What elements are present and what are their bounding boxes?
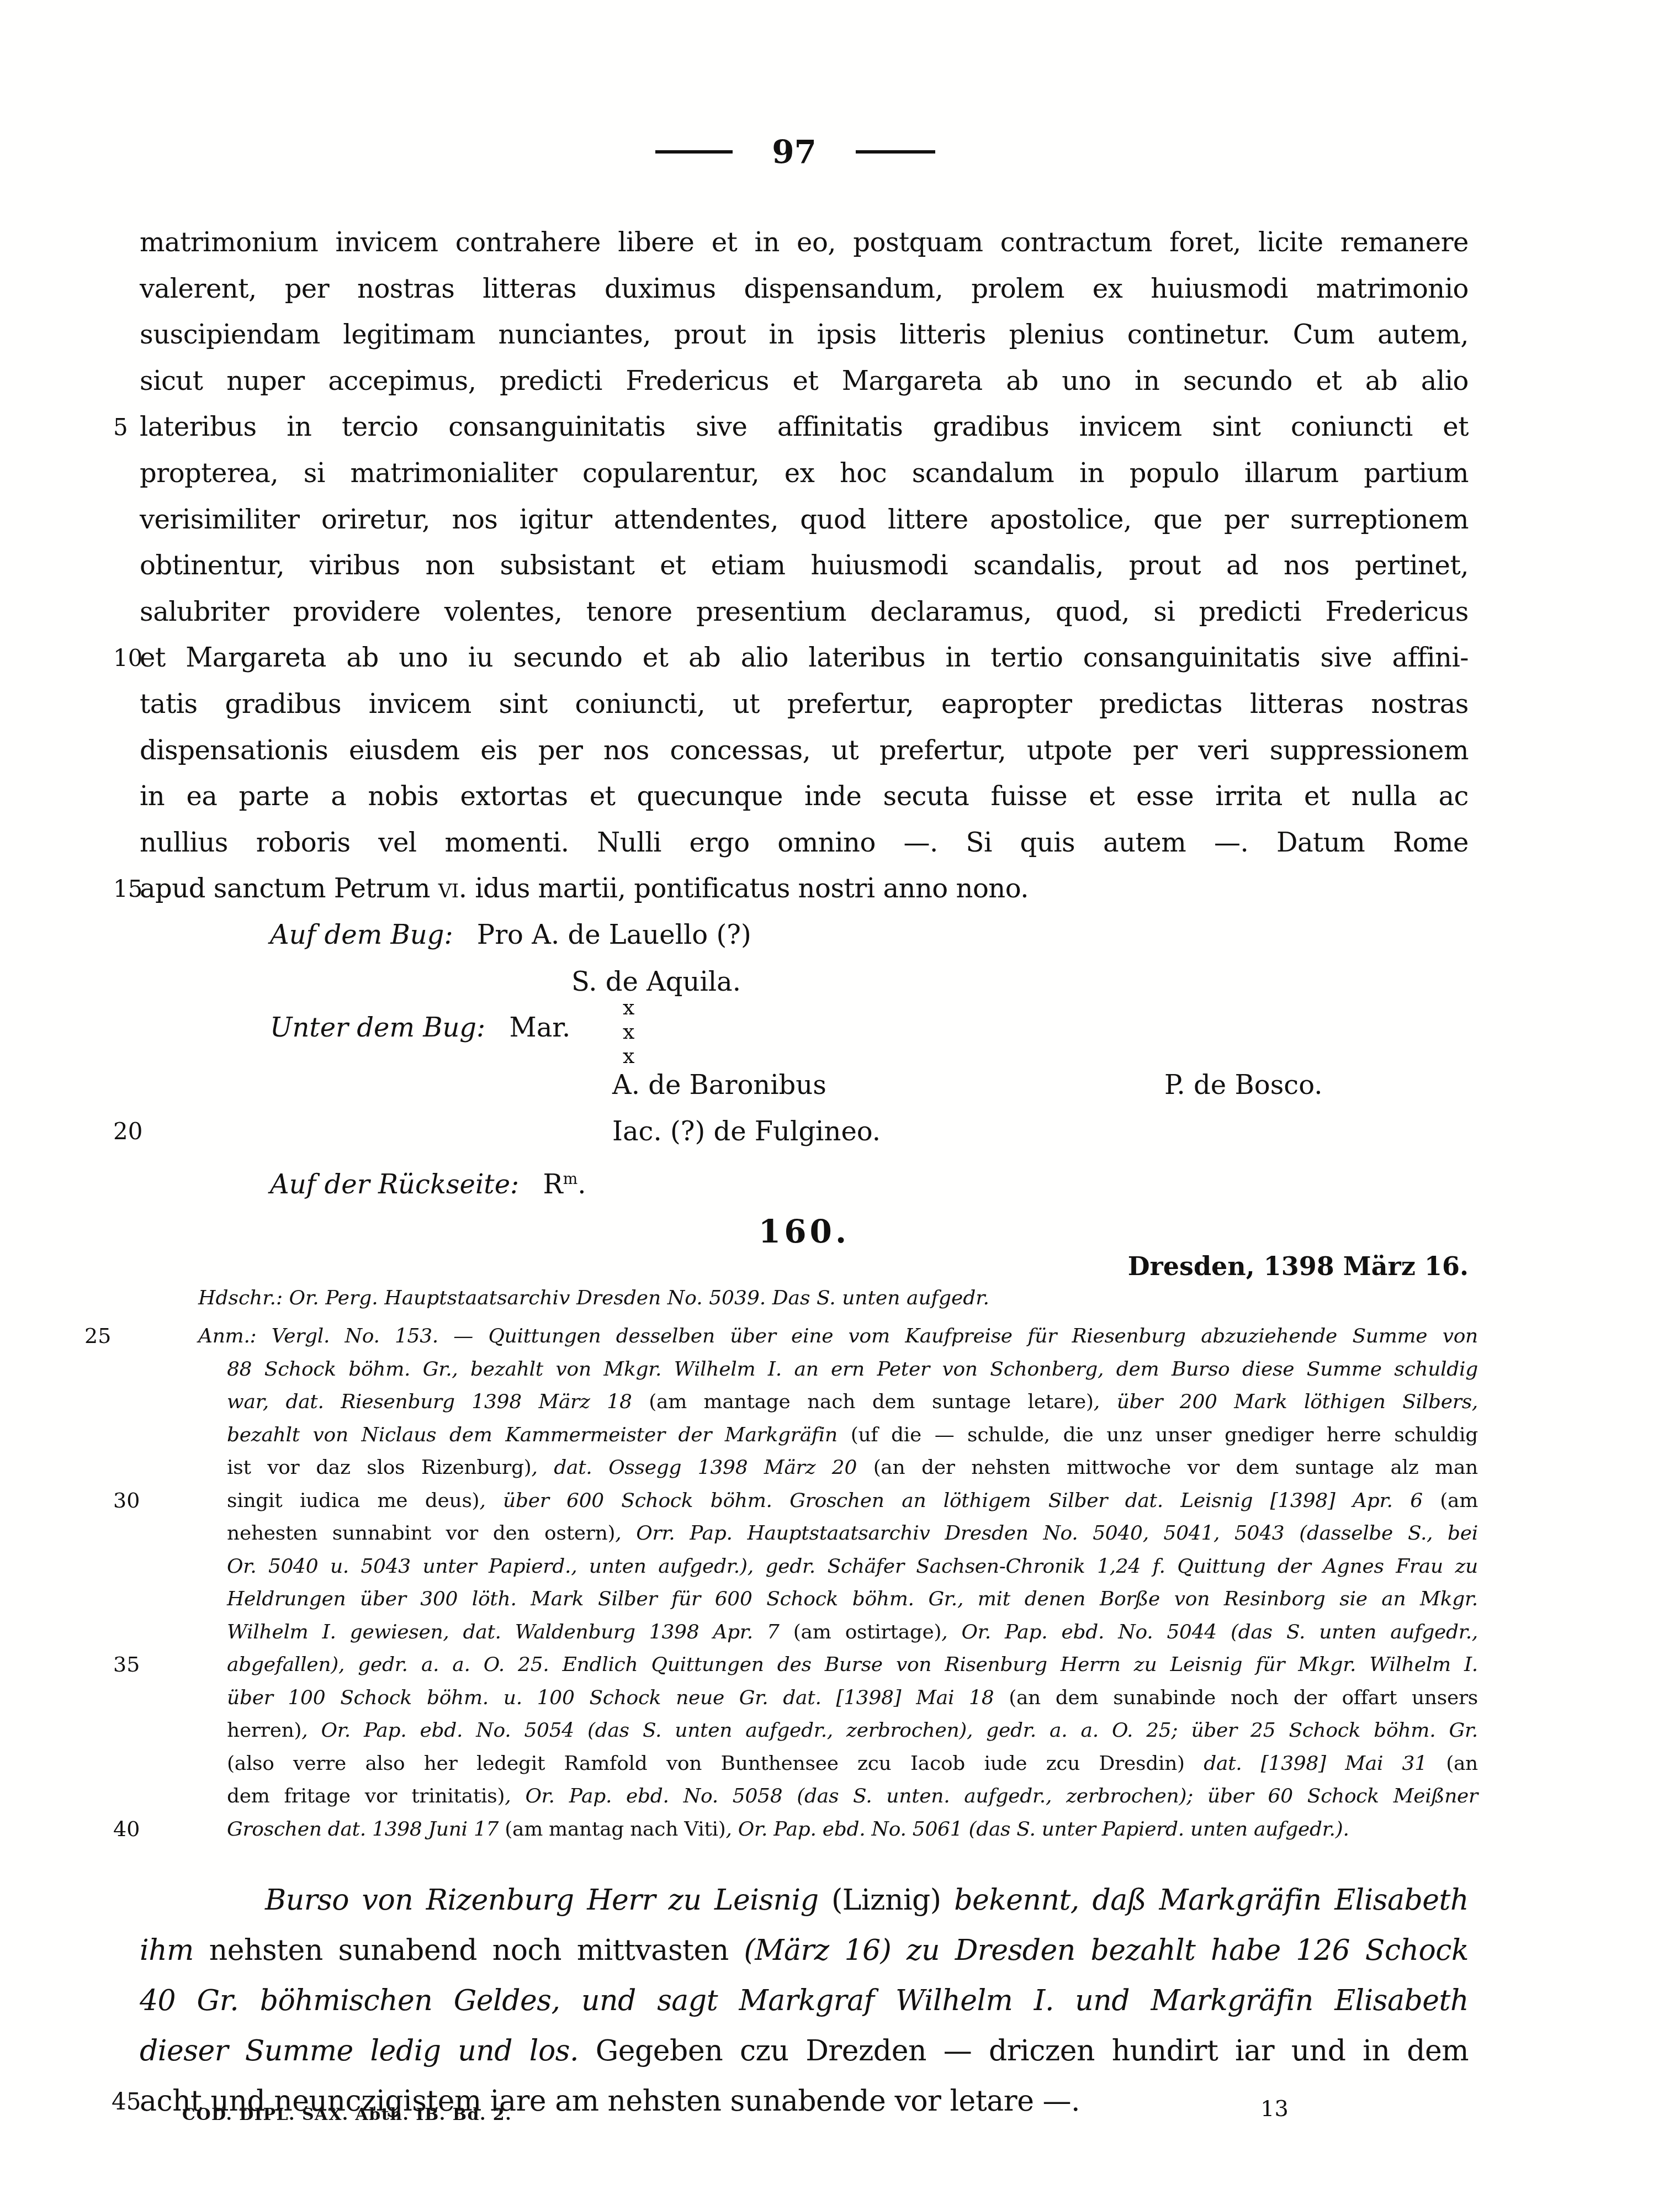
rueckseite-row: Auf der Rückseite: Rm. xyxy=(270,1156,586,1202)
signature-p-de-bosco: P. de Bosco. xyxy=(1164,1062,1322,1108)
latin-text-line: in ea parte a nobis extortas et quecunqu… xyxy=(140,774,1469,820)
text-segment: nullius roboris vel momenti. Nulli ergo … xyxy=(140,827,1469,858)
margin-line-number: 10 xyxy=(113,635,142,681)
text-segment: matrimonium invicem contrahere libere et… xyxy=(140,227,1469,258)
text-segment: bekennt, daß Markgräfin Elisabeth xyxy=(954,1884,1469,1917)
auf-dem-bug-value: Pro A. de Lauello (?) xyxy=(477,919,751,950)
latin-text-line: obtinentur, viribus non subsistant et et… xyxy=(140,543,1469,589)
text-segment: war, dat. Riesenburg 1398 März 18 xyxy=(227,1390,649,1413)
scanned-document-page: 97 matrimonium invicem contrahere libere… xyxy=(0,0,1680,2189)
text-segment: sicut nuper accepimus, predicti Frederic… xyxy=(140,366,1469,396)
text-segment: verisimiliter oriretur, nos igitur atten… xyxy=(140,504,1469,535)
text-segment: Or. 5040 u. 5043 unter Papierd., unten a… xyxy=(227,1555,1478,1578)
text-segment: dieser Summe ledig und los. xyxy=(140,2034,596,2068)
text-segment: nehesten sunnabint vor den ostern) xyxy=(227,1522,615,1545)
annotation-line: Wilhelm I. gewiesen, dat. Waldenburg 139… xyxy=(227,1616,1478,1649)
text-segment: suscipiendam legitimam nunciantes, prout… xyxy=(140,319,1469,350)
text-segment: ist vor daz slos Rizenburg) xyxy=(227,1456,532,1479)
annotation-line: über 100 Schock böhm. u. 100 Schock neue… xyxy=(227,1682,1478,1715)
auf-dem-bug-row: Auf dem Bug: Pro A. de Lauello (?) xyxy=(270,912,751,958)
annotation-line: (also verre also her ledegit Ramfold von… xyxy=(227,1747,1478,1780)
signature-text: S. de Aquila. xyxy=(571,966,741,997)
summary-line: dieser Summe ledig und los. Gegeben czu … xyxy=(140,2026,1469,2076)
signature-row: A. de Baronibus P. de Bosco. xyxy=(140,1062,1469,1108)
text-segment: (uf die — schulde, die unz unser gnedige… xyxy=(851,1424,1478,1446)
entry-place-date: Dresden, 1398 März 16. xyxy=(140,1251,1469,1281)
margin-line-number: 15 xyxy=(113,866,142,912)
text-segment: apud sanctum Petrum xyxy=(140,873,438,904)
x-mark-stack: x x x xyxy=(623,995,634,1068)
text-segment: herren) xyxy=(227,1719,301,1742)
x-mark: x xyxy=(623,995,634,1019)
latin-text-line: tatis gradibus invicem sint coniuncti, u… xyxy=(140,681,1469,728)
sheet-number: 13 xyxy=(1260,2096,1289,2122)
margin-line-number: 30 xyxy=(113,1484,140,1518)
annotation-line: dem fritage vor trinitatis), Or. Pap. eb… xyxy=(227,1780,1478,1813)
text-segment: (Liznig) xyxy=(831,1884,954,1917)
latin-text-line: 5lateribus in tercio consanguinitatis si… xyxy=(140,404,1469,451)
header-rule-left xyxy=(655,150,733,154)
text-segment: (an xyxy=(1446,1752,1478,1775)
signature-a-de-baronibus: A. de Baronibus xyxy=(612,1070,826,1101)
text-segment: Gegeben czu Drezden — driczen hundirt ia… xyxy=(596,2034,1469,2068)
text-segment: Heldrungen über 300 löth. Mark Silber fü… xyxy=(227,1588,1478,1610)
margin-line-number: 40 xyxy=(113,1813,140,1846)
signature-row: 20 Iac. (?) de Fulgineo. xyxy=(140,1109,1469,1154)
series-signature-footer: COD. DIPL. SAX. Abth. IB. Bd. 2. xyxy=(182,2105,512,2124)
auf-dem-bug-label: Auf dem Bug: xyxy=(270,919,453,950)
latin-text-line: nullius roboris vel momenti. Nulli ergo … xyxy=(140,820,1469,866)
annotation-line: Or. 5040 u. 5043 unter Papierd., unten a… xyxy=(227,1550,1478,1583)
anm-annotation-block: 25Anm.: Vergl. No. 153. — Quittungen des… xyxy=(227,1320,1478,1846)
header-rule-right xyxy=(856,150,935,154)
signature-iac-de-fulgineo: Iac. (?) de Fulgineo. xyxy=(612,1116,881,1147)
text-segment: , über 600 Schock böhm. Groschen an löth… xyxy=(479,1489,1440,1512)
text-segment: ihm xyxy=(140,1934,209,1967)
text-segment: dispensationis eiusdem eis per nos conce… xyxy=(140,735,1469,766)
text-segment: (an dem sunabinde noch der offart unsers xyxy=(1009,1686,1478,1709)
text-segment: , Or. Pap. ebd. No. 5058 (das S. unten. … xyxy=(505,1785,1478,1807)
text-segment: , Orr. Pap. Hauptstaatsarchiv Dresden No… xyxy=(615,1522,1478,1545)
text-segment: , Or. Pap. ebd. No. 5054 (das S. unten a… xyxy=(301,1719,1478,1742)
annotation-line: 40Groschen dat. 1398 Juni 17 (am mantag … xyxy=(227,1813,1478,1846)
signature-s-de-aquila: S. de Aquila. xyxy=(571,959,741,1004)
text-segment: (an der nehsten mittwoche vor dem suntag… xyxy=(873,1456,1478,1479)
text-segment: Anm.: Vergl. No. 153. — Quittungen desse… xyxy=(198,1325,1478,1347)
entry-number-heading: 160. xyxy=(140,1213,1469,1250)
page-number: 97 xyxy=(772,135,817,168)
text-segment: Wilhelm I. gewiesen, dat. Waldenburg 139… xyxy=(227,1621,793,1643)
text-segment: vi xyxy=(438,873,459,904)
latin-text-line: suscipiendam legitimam nunciantes, prout… xyxy=(140,312,1469,358)
latin-text-line: salubriter providere volentes, tenore pr… xyxy=(140,589,1469,636)
text-segment: (am xyxy=(1440,1489,1478,1512)
margin-line-number: 35 xyxy=(113,1648,140,1682)
unter-dem-bug-value: Mar. xyxy=(510,1012,571,1043)
rueckseite-value: Rm. xyxy=(543,1169,586,1200)
text-segment: (am ostirtage) xyxy=(793,1621,942,1643)
latin-text-line: 15apud sanctum Petrum vi. idus martii, p… xyxy=(140,866,1469,912)
annotation-line: 30singit iudica me deus), über 600 Schoc… xyxy=(227,1484,1478,1518)
x-mark: x xyxy=(623,1019,634,1044)
text-segment: singit iudica me deus) xyxy=(227,1489,479,1512)
margin-line-number: 5 xyxy=(113,404,128,451)
annotation-line: bezahlt von Niclaus dem Kammermeister de… xyxy=(227,1419,1478,1452)
hdschr-source-line: Hdschr.: Or. Perg. Hauptstaatsarchiv Dre… xyxy=(198,1287,989,1309)
text-segment: (also verre also her ledegit Ramfold von… xyxy=(227,1752,1204,1775)
latin-charter-text: matrimonium invicem contrahere libere et… xyxy=(140,220,1469,912)
text-segment: 88 Schock böhm. Gr., bezahlt von Mkgr. W… xyxy=(227,1358,1478,1381)
annotation-line: Heldrungen über 300 löth. Mark Silber fü… xyxy=(227,1583,1478,1616)
summary-line: Burso von Rizenburg Herr zu Leisnig (Liz… xyxy=(140,1875,1469,1926)
text-segment: Burso von Rizenburg Herr zu Leisnig xyxy=(265,1884,831,1917)
latin-text-line: verisimiliter oriretur, nos igitur atten… xyxy=(140,497,1469,543)
text-segment: salubriter providere volentes, tenore pr… xyxy=(140,596,1469,627)
margin-line-number: 20 xyxy=(113,1109,142,1154)
rueckseite-label: Auf der Rückseite: xyxy=(270,1169,519,1200)
text-segment: in ea parte a nobis extortas et quecunqu… xyxy=(140,781,1469,812)
annotation-line: herren), Or. Pap. ebd. No. 5054 (das S. … xyxy=(227,1714,1478,1747)
text-segment: (am mantag nach Viti) xyxy=(505,1818,725,1841)
text-segment: valerent, per nostras litteras duximus d… xyxy=(140,273,1469,304)
latin-text-line: matrimonium invicem contrahere libere et… xyxy=(140,220,1469,266)
text-segment: propterea, si matrimonialiter copularent… xyxy=(140,458,1469,489)
page-header: 97 xyxy=(655,134,935,170)
text-segment: dem fritage vor trinitatis) xyxy=(227,1785,505,1807)
latin-text-line: 10et Margareta ab uno iu secundo et ab a… xyxy=(140,635,1469,681)
margin-line-number: 45 xyxy=(112,2076,141,2127)
text-segment: Groschen dat. 1398 Juni 17 xyxy=(227,1818,505,1841)
text-segment: tatis gradibus invicem sint coniuncti, u… xyxy=(140,689,1469,720)
unter-dem-bug-row: Unter dem Bug: Mar. xyxy=(270,1005,570,1050)
superscript-m: m xyxy=(563,1170,578,1188)
text-segment: lateribus in tercio consanguinitatis siv… xyxy=(140,411,1469,442)
summary-line: 40 Gr. böhmischen Geldes, und sagt Markg… xyxy=(140,1976,1469,2026)
annotation-line: ist vor daz slos Rizenburg), dat. Ossegg… xyxy=(227,1451,1478,1484)
text-segment: über 100 Schock böhm. u. 100 Schock neue… xyxy=(227,1686,1009,1709)
latin-text-line: sicut nuper accepimus, predicti Frederic… xyxy=(140,358,1469,405)
annotation-line: 35abgefallen), gedr. a. a. O. 25. Endlic… xyxy=(227,1648,1478,1682)
annotation-line: nehesten sunnabint vor den ostern), Orr.… xyxy=(227,1517,1478,1550)
text-segment: dat. [1398] Mai 31 xyxy=(1204,1752,1446,1775)
text-segment: . idus martii, pontificatus nostri anno … xyxy=(459,873,1029,904)
unter-dem-bug-label: Unter dem Bug: xyxy=(270,1012,485,1043)
text-segment: (am mantage nach dem suntage letare) xyxy=(649,1390,1094,1413)
text-segment: nehsten sunabend noch mittvasten xyxy=(209,1934,744,1967)
latin-text-line: valerent, per nostras litteras duximus d… xyxy=(140,266,1469,313)
regest-summary-block: Burso von Rizenburg Herr zu Leisnig (Liz… xyxy=(140,1875,1469,2127)
summary-line: ihm nehsten sunabend noch mittvasten (Mä… xyxy=(140,1926,1469,1976)
annotation-line: war, dat. Riesenburg 1398 März 18 (am ma… xyxy=(227,1386,1478,1419)
annotation-line: 25Anm.: Vergl. No. 153. — Quittungen des… xyxy=(227,1320,1478,1353)
latin-text-line: propterea, si matrimonialiter copularent… xyxy=(140,451,1469,497)
text-segment: , Or. Pap. ebd. No. 5044 (das S. unten a… xyxy=(941,1621,1478,1643)
text-segment: , über 200 Mark löthigen Silbers, xyxy=(1094,1390,1478,1413)
latin-text-line: dispensationis eiusdem eis per nos conce… xyxy=(140,728,1469,774)
text-segment: (März 16) zu Dresden bezahlt habe 126 Sc… xyxy=(744,1934,1469,1967)
text-segment: abgefallen), gedr. a. a. O. 25. Endlich … xyxy=(227,1653,1478,1676)
text-segment: , Or. Pap. ebd. No. 5061 (das S. unter P… xyxy=(726,1818,1349,1841)
text-segment: et Margareta ab uno iu secundo et ab ali… xyxy=(140,642,1469,673)
text-segment: bezahlt von Niclaus dem Kammermeister de… xyxy=(227,1424,851,1446)
annotation-line: 88 Schock böhm. Gr., bezahlt von Mkgr. W… xyxy=(227,1353,1478,1386)
text-segment: 40 Gr. böhmischen Geldes, und sagt Markg… xyxy=(140,1984,1469,2017)
text-segment: , dat. Ossegg 1398 März 20 xyxy=(532,1456,873,1479)
text-segment: obtinentur, viribus non subsistant et et… xyxy=(140,550,1469,581)
